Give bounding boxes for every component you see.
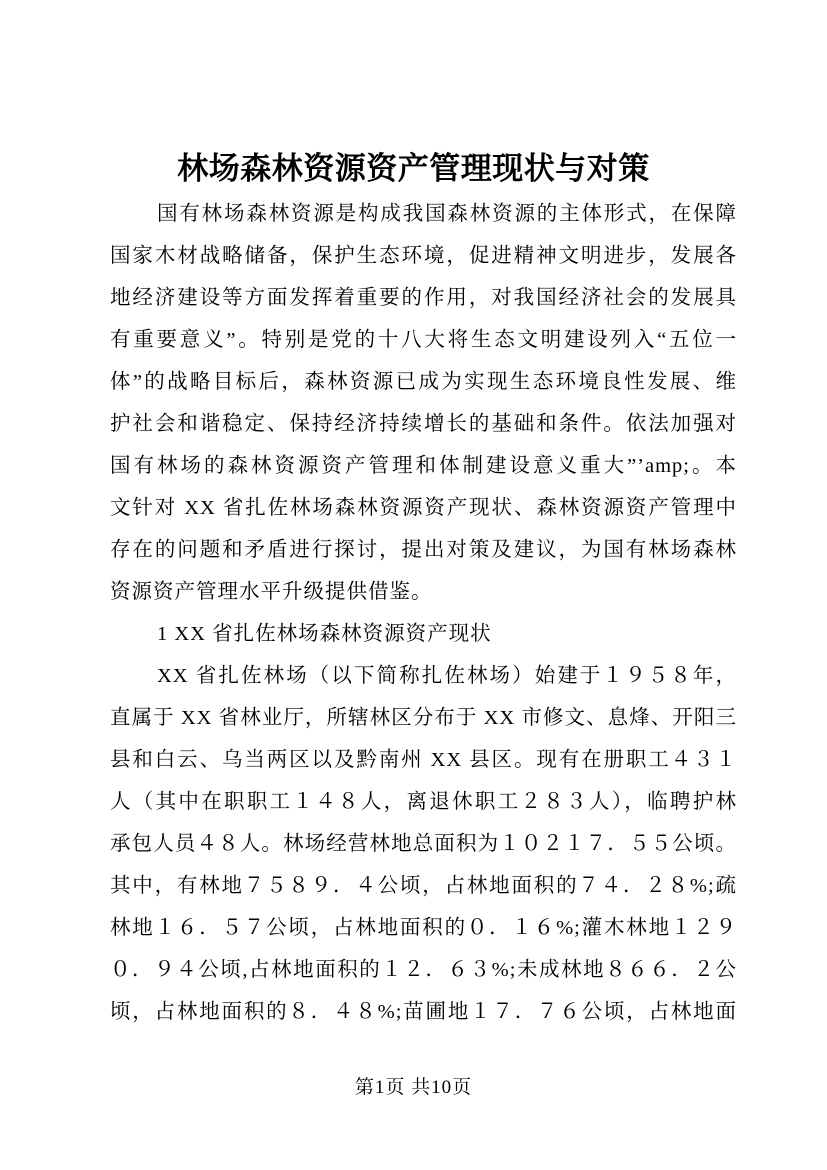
document-body: 国有林场森林资源是构成我国森林资源的主体形式，在保障国家木材战略储备，保护生态环… [110, 193, 737, 1033]
body-text-line: 国家木材战略储备，保护生态环境，促进精神文明进步，发展各 [110, 235, 737, 277]
body-text-line: 国有林场森林资源是构成我国森林资源的主体形式，在保障 [110, 193, 737, 235]
document-page: 林场森林资源资产管理现状与对策 国有林场森林资源是构成我国森林资源的主体形式，在… [0, 0, 827, 1170]
body-text-line: 人（其中在职职工１４８人，离退休职工２８３人），临聘护林 [110, 781, 737, 823]
body-text-line: 其中，有林地７５８９．４公顷，占林地面积的７４．２８%;疏 [110, 865, 737, 907]
body-text-line: 地经济建设等方面发挥着重要的作用，对我国经济社会的发展具 [110, 277, 737, 319]
body-text-line: 存在的问题和矛盾进行探讨，提出对策及建议，为国有林场森林 [110, 529, 737, 571]
body-text-line: ０．９４公顷,占林地面积的１２．６３%;未成林地８６６．２公 [110, 949, 737, 991]
body-text-line: 资源资产管理水平升级提供借鉴。 [110, 571, 737, 613]
body-text-line: 文针对 XX 省扎佐林场森林资源资产现状、森林资源资产管理中 [110, 487, 737, 529]
body-text-line: 有重要意义”。特别是党的十八大将生态文明建设列入“五位一 [110, 319, 737, 361]
body-text-line: 护社会和谐稳定、保持经济持续增长的基础和条件。依法加强对 [110, 403, 737, 445]
page-footer: 第1页 共10页 [0, 1076, 827, 1100]
body-text-line: 林地１６．５７公顷，占林地面积的０．１６%;灌木林地１２９ [110, 907, 737, 949]
body-text-line: 县和白云、乌当两区以及黔南州 XX 县区。现有在册职工４３１ [110, 739, 737, 781]
body-text-line: XX 省扎佐林场（以下简称扎佐林场）始建于１９５８年， [110, 655, 737, 697]
body-text-line: 顷，占林地面积的８．４８%;苗圃地１７．７６公顷，占林地面 [110, 991, 737, 1033]
body-text-line: 体”的战略目标后，森林资源已成为实现生态环境良性发展、维 [110, 361, 737, 403]
body-text-line: 承包人员４８人。林场经营林地总面积为１０２１７．５５公顷。 [110, 823, 737, 865]
body-text-line: 1 XX 省扎佐林场森林资源资产现状 [110, 613, 737, 655]
body-text-line: 直属于 XX 省林业厅，所辖林区分布于 XX 市修文、息烽、开阳三 [110, 697, 737, 739]
document-title: 林场森林资源资产管理现状与对策 [0, 147, 827, 191]
body-text-line: 国有林场的森林资源资产管理和体制建设意义重大”’amp;。本 [110, 445, 737, 487]
